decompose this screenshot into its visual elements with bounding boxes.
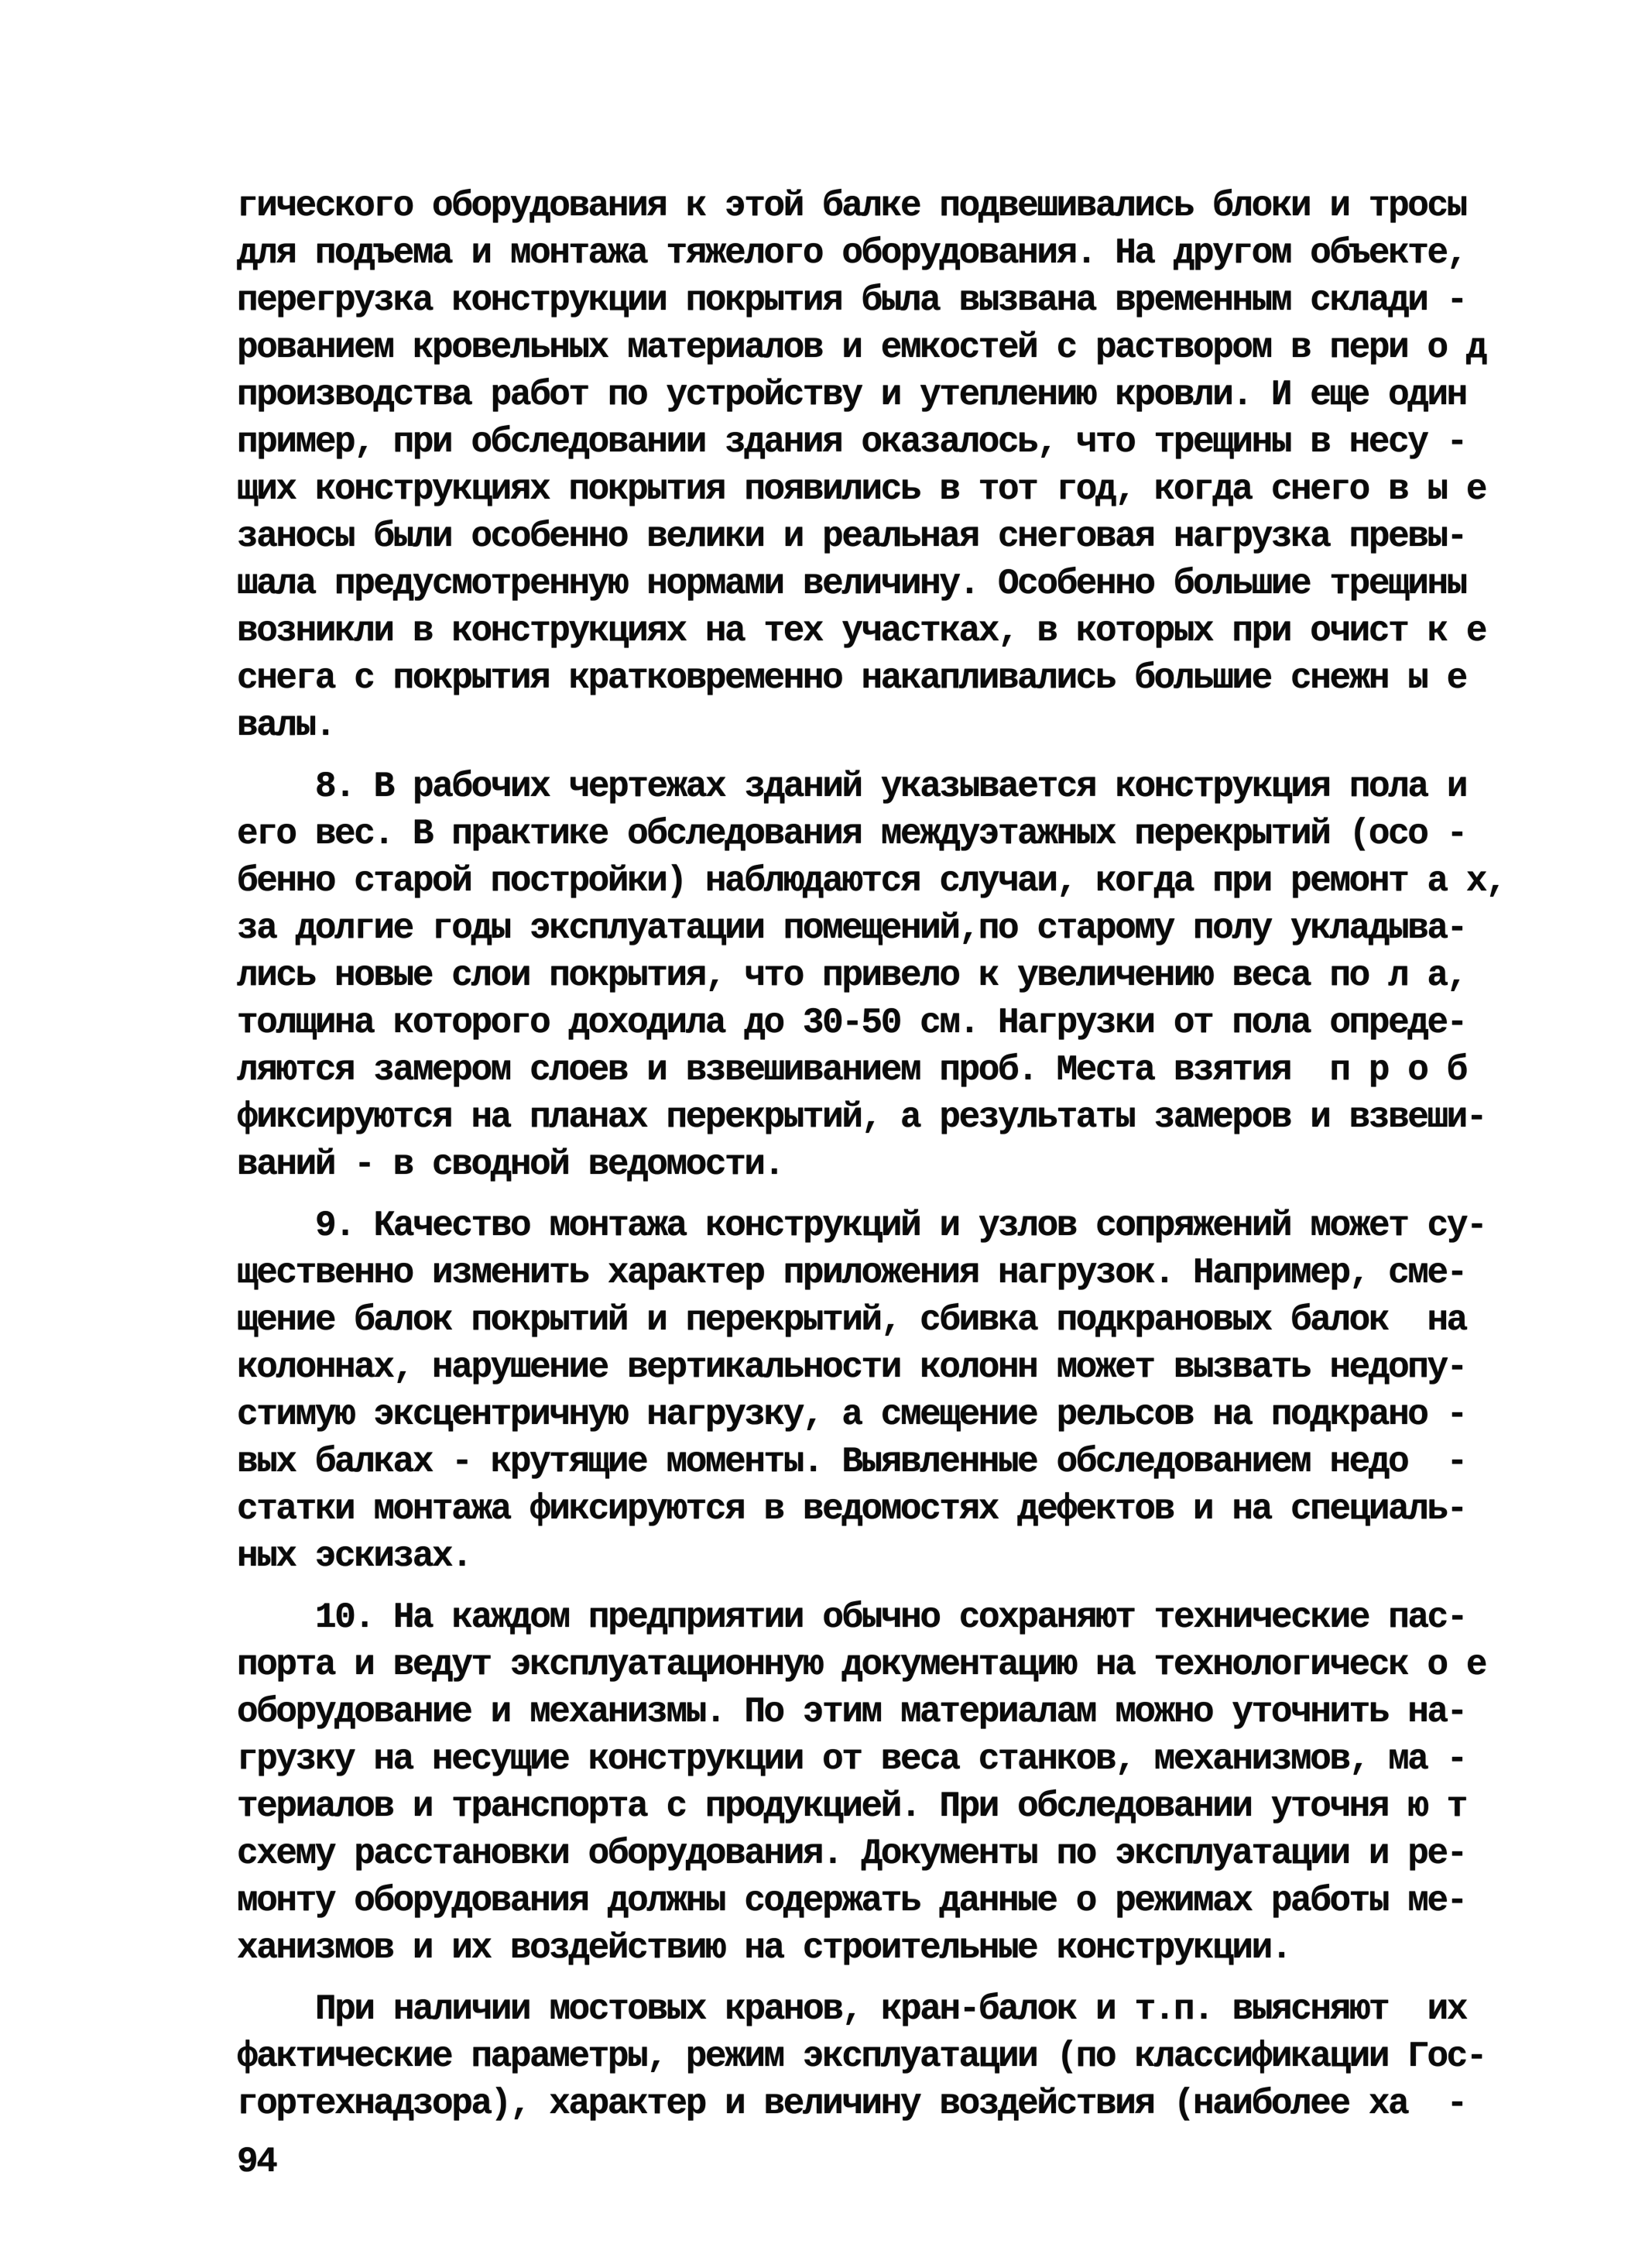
text-line: грузку на несущие конструкции от веса ст… — [237, 1736, 1553, 1783]
text-line: монту оборудования должны содержать данн… — [237, 1878, 1553, 1925]
paragraph-8: 8. В рабочих чертежах зданий указывается… — [237, 763, 1553, 1189]
text-line: бенно старой постройки) наблюдаются случ… — [237, 858, 1553, 905]
text-line: щение балок покрытий и перекрытий, сбивк… — [237, 1297, 1553, 1344]
text-line: ляются замером слоев и взвешиванием проб… — [237, 1047, 1553, 1094]
text-line: возникли в конструкциях на тех участках,… — [237, 608, 1553, 655]
text-line: шала предусмотренную нормами величину. О… — [237, 561, 1553, 608]
text-line: стимую эксцентричную нагрузку, а смещени… — [237, 1391, 1553, 1439]
text-line: ваний - в сводной ведомости. — [237, 1141, 1553, 1189]
text-line: валы. — [237, 702, 1553, 750]
text-line: рованием кровельных материалов и емкосте… — [237, 324, 1553, 372]
text-line: за долгие годы эксплуатации помещений,по… — [237, 905, 1553, 952]
text-line: пример, при обследовании здания оказалос… — [237, 419, 1553, 466]
text-line: гического оборудования к этой балке подв… — [237, 183, 1553, 230]
text-line: фактические параметры, режим эксплуатаци… — [237, 2033, 1553, 2081]
paragraph-9: 9. Качество монтажа конструкций и узлов … — [237, 1203, 1553, 1580]
paragraph-10: 10. На каждом предприятии обычно сохраня… — [237, 1594, 1553, 1972]
text-line: териалов и транспорта с продукцией. При … — [237, 1783, 1553, 1830]
text-line: 9. Качество монтажа конструкций и узлов … — [237, 1203, 1553, 1250]
text-line: 10. На каждом предприятии обычно сохраня… — [237, 1594, 1553, 1642]
text-line: ных эскизах. — [237, 1533, 1553, 1580]
text-line: щественно изменить характер приложения н… — [237, 1250, 1553, 1297]
text-line: гортехнадзора), характер и величину возд… — [237, 2081, 1553, 2128]
text-line: вых балках - крутящие моменты. Выявленны… — [237, 1439, 1553, 1486]
text-line: 8. В рабочих чертежах зданий указывается… — [237, 763, 1553, 811]
text-block: гического оборудования к этой балке подв… — [237, 183, 1553, 2142]
text-line: оборудование и механизмы. По этим матери… — [237, 1689, 1553, 1736]
text-line: При наличии мостовых кранов, кран-балок … — [237, 1986, 1553, 2033]
text-line: схему расстановки оборудования. Документ… — [237, 1830, 1553, 1878]
text-line: фиксируются на планах перекрытий, а резу… — [237, 1094, 1553, 1141]
text-line: ханизмов и их воздействию на строительны… — [237, 1925, 1553, 1972]
text-line: лись новые слои покрытия, что привело к … — [237, 952, 1553, 1000]
text-line: щих конструкциях покрытия появились в то… — [237, 466, 1553, 513]
text-line: снега с покрытия кратковременно накаплив… — [237, 655, 1553, 702]
document-page: гического оборудования к этой балке подв… — [0, 0, 1652, 2261]
text-line: колоннах, нарушение вертикальности колон… — [237, 1344, 1553, 1391]
text-line: для подъема и монтажа тяжелого оборудова… — [237, 230, 1553, 277]
text-line: статки монтажа фиксируются в ведомостях … — [237, 1486, 1553, 1533]
text-line: перегрузка конструкции покрытия была выз… — [237, 277, 1553, 324]
paragraph-cranes: При наличии мостовых кранов, кран-балок … — [237, 1986, 1553, 2128]
text-line: его вес. В практике обследования междуэт… — [237, 811, 1553, 858]
text-line: толщина которого доходила до 30-50 см. Н… — [237, 1000, 1553, 1047]
text-line: заносы были особенно велики и реальная с… — [237, 513, 1553, 561]
page-number: 94 — [237, 2139, 276, 2186]
paragraph-continued: гического оборудования к этой балке подв… — [237, 183, 1553, 750]
text-line: производства работ по устройству и утепл… — [237, 372, 1553, 419]
text-line: порта и ведут эксплуатационную документа… — [237, 1642, 1553, 1689]
